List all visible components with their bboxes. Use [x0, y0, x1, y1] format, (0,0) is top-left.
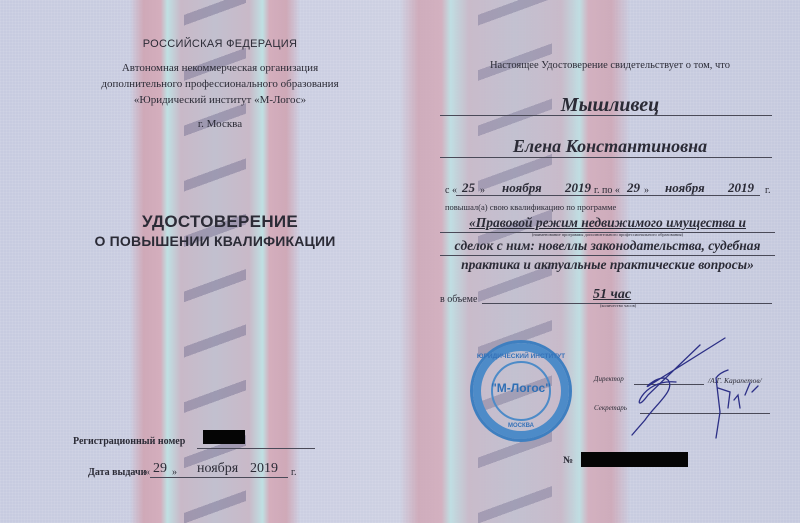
issue-day: 29 — [153, 461, 167, 477]
dates-underline — [456, 195, 760, 196]
issue-year-suffix: г. — [291, 467, 296, 478]
to-month: ноября — [665, 180, 705, 196]
program-line-2: сделок с ним: новеллы законодательства, … — [440, 238, 775, 254]
program-line-1: «Правовой режим недвижимого имущества и — [440, 215, 775, 231]
org-line-2: дополнительного профессионального образо… — [60, 78, 380, 90]
from-year: 2019 — [565, 180, 591, 196]
document-subtitle: О ПОВЫШЕНИИ КВАЛИФИКАЦИИ — [55, 233, 375, 249]
document-title: УДОСТОВЕРЕНИЕ — [60, 212, 380, 232]
qualification-text: повышал(а) свою квалификацию по программ… — [445, 202, 616, 212]
volume-label: в объеме — [440, 294, 477, 305]
issue-year: 2019 — [250, 461, 278, 477]
director-name: /А.Г. Карапетов/ — [708, 376, 762, 385]
director-label: Директор — [594, 375, 624, 383]
program-caption: (наименование программы дополнительного … — [440, 232, 775, 237]
to-year: 2019 — [728, 180, 754, 196]
institute-stamp: ЮРИДИЧЕСКИЙ ИНСТИТУТ "М-Логос" МОСКВА — [470, 340, 572, 442]
given-names-underline — [440, 157, 772, 158]
to-day: 29 — [627, 180, 640, 196]
org-line-1: Автономная некоммерческая организация — [60, 62, 380, 74]
reg-number-redaction — [203, 430, 245, 444]
certificate-number-redaction — [581, 452, 688, 467]
to-year-suffix: г. — [765, 185, 770, 196]
recipient-given-names: Елена Константиновна — [430, 136, 790, 157]
reg-number-label: Регистрационный номер — [73, 436, 185, 447]
country-heading: РОССИЙСКАЯ ФЕДЕРАЦИЯ — [80, 38, 360, 50]
issue-month: ноября — [197, 461, 238, 477]
director-signature-line — [634, 384, 704, 385]
volume-value: 51 час — [593, 287, 631, 303]
issue-date-underline — [150, 477, 288, 478]
program-line-2-underline — [440, 255, 775, 256]
org-line-3: «Юридический институт «М-Логос» — [60, 94, 380, 106]
from-day: 25 — [462, 180, 475, 196]
volume-caption: (количество часов) — [600, 303, 636, 308]
stamp-bottom-text: МОСКВА — [475, 423, 567, 429]
secretary-signature-line — [640, 413, 770, 414]
reg-number-underline — [197, 448, 315, 449]
program-line-3: практика и актуальные практические вопро… — [440, 257, 775, 273]
issue-date-label: Дата выдачи — [88, 467, 146, 478]
stamp-center-text: "М-Логос" — [475, 381, 567, 395]
surname-underline — [440, 115, 772, 116]
stamp-ring-text: ЮРИДИЧЕСКИЙ ИНСТИТУТ — [475, 353, 567, 360]
secretary-label: Секретарь — [594, 404, 627, 412]
city: г. Москва — [60, 118, 380, 130]
certificate-number-label: № — [563, 455, 573, 466]
intro-text: Настоящее Удостоверение свидетельствует … — [430, 60, 790, 71]
from-month: ноября — [502, 180, 542, 196]
recipient-surname: Мышливец — [430, 94, 790, 117]
